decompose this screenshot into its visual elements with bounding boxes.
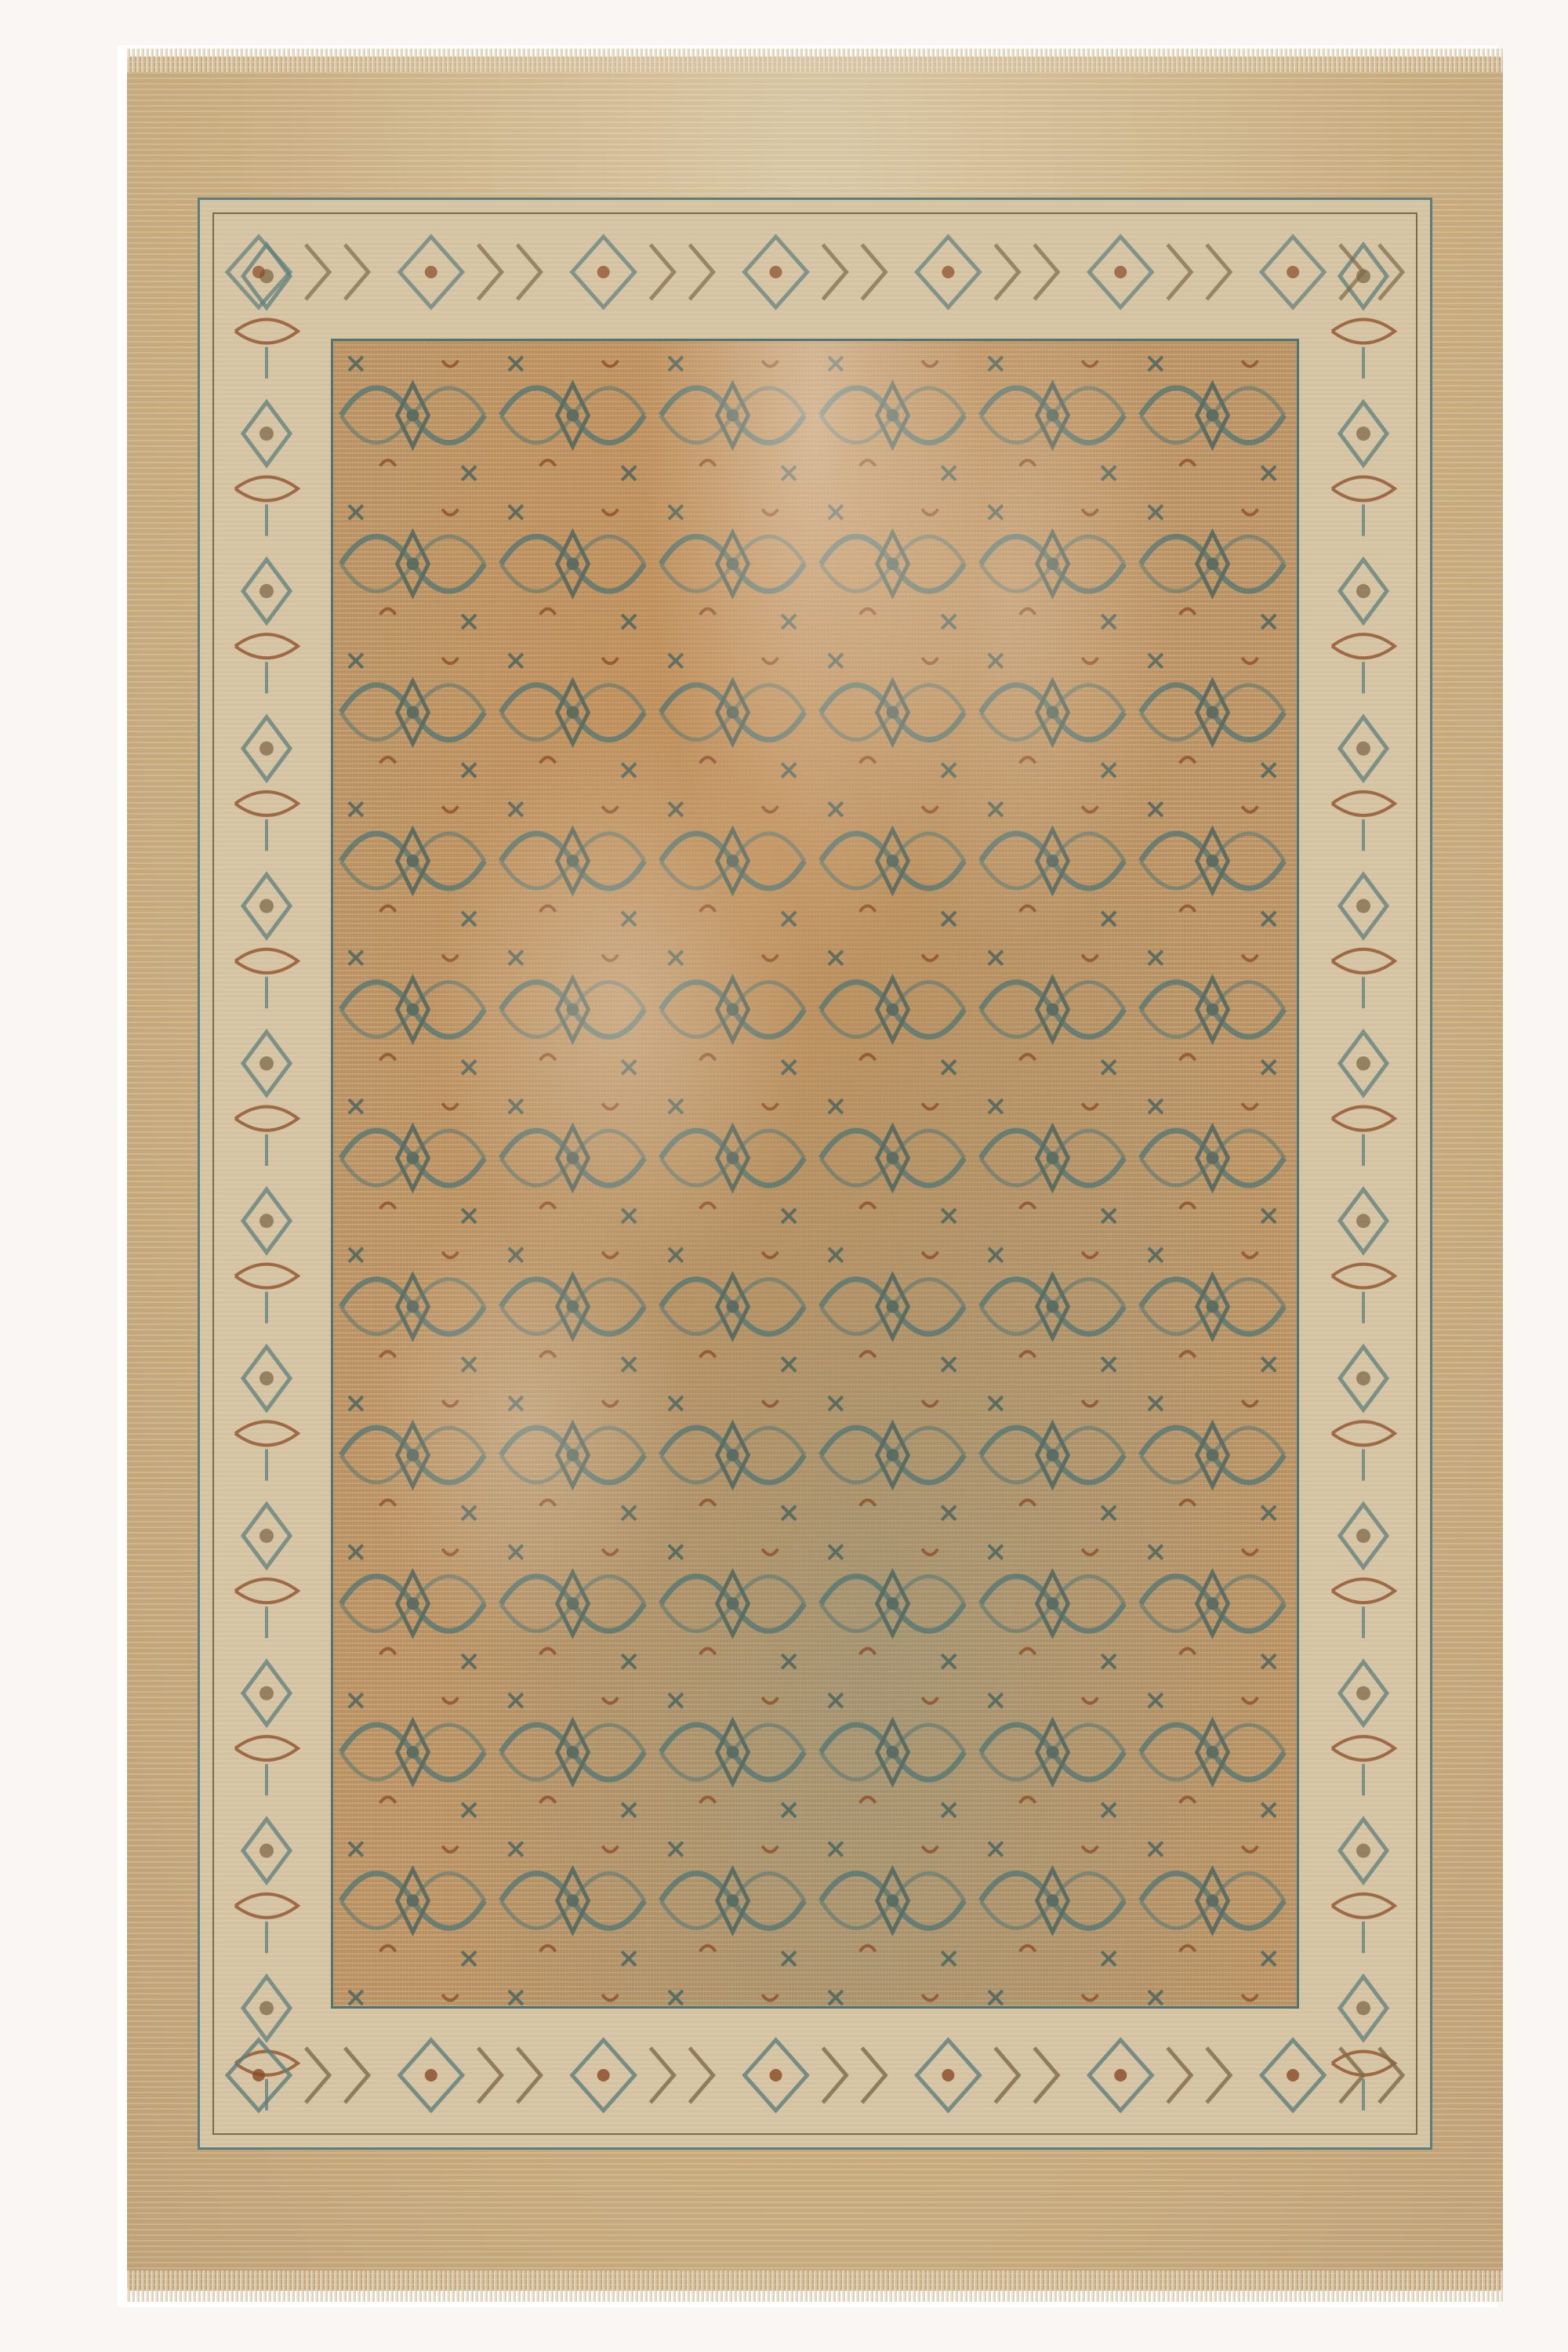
rug-bottom-fringe [127, 2270, 1503, 2302]
herati-pattern [333, 341, 1297, 2006]
rug-bottom-border-motifs [212, 2016, 1418, 2134]
rug-left-border-motifs [212, 229, 321, 2118]
rug-top-border-motifs [212, 213, 1418, 331]
rug-field [331, 339, 1299, 2009]
rug-top-fringe [127, 49, 1503, 72]
rug [127, 56, 1503, 2291]
rug-right-border-motifs [1308, 229, 1418, 2118]
